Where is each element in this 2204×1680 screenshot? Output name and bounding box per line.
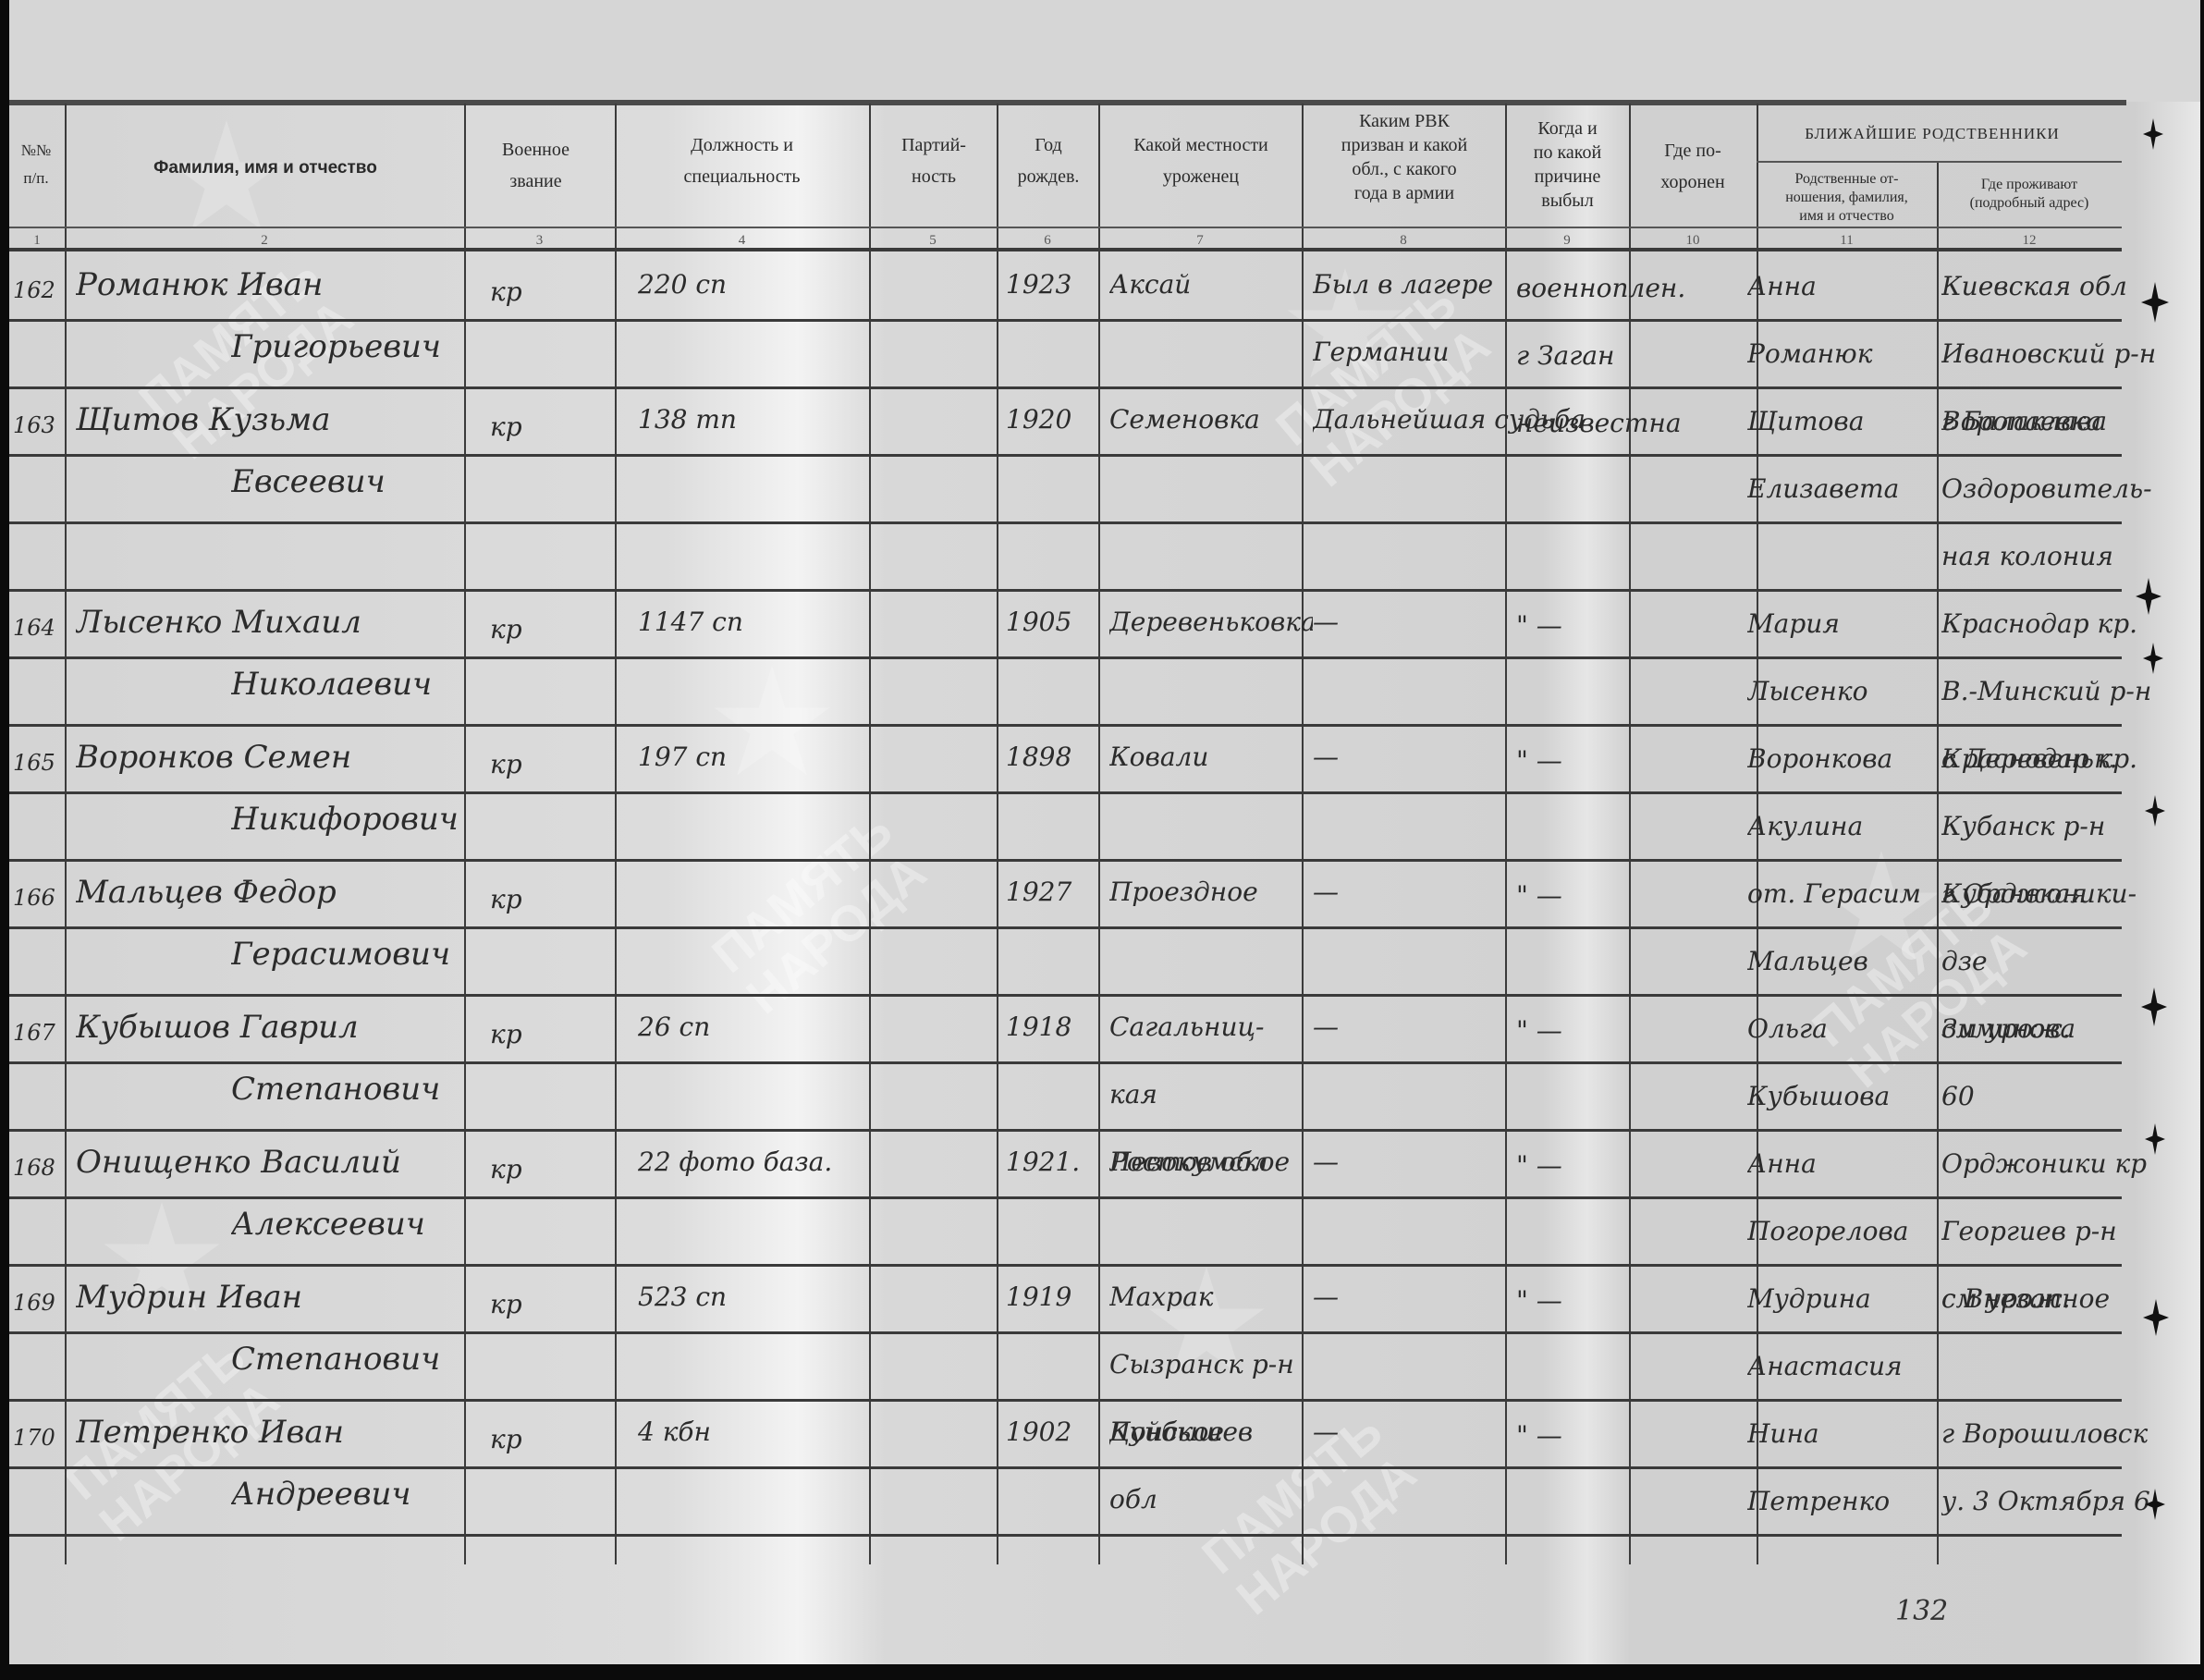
row-number: 169 <box>13 1284 65 1321</box>
person-name: Воронков Семен <box>76 739 464 776</box>
row-number: 165 <box>13 744 65 781</box>
birth-year: 1918 <box>1006 1009 1108 1046</box>
relative-address: Оздоровитель- <box>1941 471 2177 508</box>
relative-name: Мальцев <box>1747 943 1941 980</box>
military-rank: кр <box>490 1151 522 1188</box>
birthplace: Проездное <box>1109 874 1313 911</box>
relative-address: ная колония <box>1941 538 2177 575</box>
relative-name: Ольга <box>1747 1011 1941 1048</box>
military-rank: кр <box>490 746 522 783</box>
row-number: 164 <box>13 609 65 646</box>
relative-address: Георгиев р-н <box>1941 1213 2177 1250</box>
person-patronymic: Андреевич <box>231 1476 471 1513</box>
position: 523 сп <box>638 1279 906 1316</box>
header-col-rvk: Каким РВКпризван и какойобл., с какогого… <box>1302 109 1507 205</box>
row-rule <box>9 994 2122 997</box>
relative-address: Краснодар кр. <box>1941 741 2177 778</box>
header-col-relative: Родственные от-ношения, фамилия,имя и от… <box>1757 170 1937 226</box>
relative-name: Воронкова <box>1747 741 1941 778</box>
person-name: Петренко Иван <box>76 1414 464 1451</box>
relative-address: Ивановский р-н <box>1941 336 2177 373</box>
military-rank: кр <box>490 1286 522 1323</box>
relative-name: Нина <box>1747 1416 1941 1453</box>
row-number: 167 <box>13 1014 65 1051</box>
person-name: Лысенко Михаил <box>76 604 464 641</box>
relatives-group-divider <box>1757 161 2122 163</box>
birthplace: кая <box>1109 1076 1313 1113</box>
punch-hole-icon <box>2143 118 2163 150</box>
column-number: 1 <box>9 233 65 249</box>
birthplace: обл <box>1109 1481 1313 1518</box>
row-rule <box>9 589 2122 592</box>
birth-year: 1920 <box>1006 401 1108 438</box>
header-col-address: Где проживают(подробный адрес) <box>1937 176 2122 213</box>
military-rank: кр <box>490 1421 522 1458</box>
position: 138 тп <box>638 401 906 438</box>
when-left-reason: " — <box>1516 1147 1757 1184</box>
row-rule <box>9 859 2122 862</box>
column-number: 9 <box>1505 233 1629 249</box>
person-patronymic: Евсеевич <box>231 463 471 500</box>
person-name: Мальцев Федор <box>76 874 464 911</box>
birthplace: Сагальниц- <box>1109 1009 1313 1046</box>
relative-address: 60 <box>1941 1078 2177 1115</box>
header-col-buried: Где по-хоронен <box>1629 135 1757 198</box>
when-left-reason: неизвестна <box>1516 405 1757 442</box>
relative-name: Щитова <box>1747 403 1941 440</box>
birth-year: 1923 <box>1006 266 1108 303</box>
column-divider <box>997 104 998 1564</box>
birthplace: Семеновка <box>1109 401 1313 438</box>
header-col-birth-year: Годрождев. <box>997 129 1100 192</box>
birth-year: 1921. <box>1006 1144 1108 1181</box>
row-rule <box>9 386 2122 389</box>
column-number: 7 <box>1098 233 1302 249</box>
column-number: 3 <box>464 233 615 249</box>
birthplace: Аксай <box>1109 266 1313 303</box>
column-number: 10 <box>1629 233 1757 249</box>
row-rule <box>9 1466 2122 1469</box>
when-left-reason: военноплен. <box>1516 270 1757 307</box>
military-rank: кр <box>490 274 522 311</box>
birthplace: Ковали <box>1109 739 1313 776</box>
row-rule <box>9 791 2122 794</box>
header-group-relatives: БЛИЖАЙШИЕ РОДСТВЕННИКИ <box>1757 118 2108 150</box>
birthplace: Левокумское <box>1109 1144 1313 1181</box>
relative-name: Елизавета <box>1747 471 1941 508</box>
header-col-birthplace: Какой местностиуроженец <box>1098 129 1304 192</box>
relative-name: Акулина <box>1747 808 1941 845</box>
row-rule <box>9 724 2122 727</box>
military-rank: кр <box>490 1016 522 1053</box>
row-rule <box>9 1061 2122 1064</box>
relative-address: см урож. <box>1941 1281 2177 1318</box>
relative-address: Краснодар кр. <box>1941 606 2177 643</box>
person-name: Романюк Иван <box>76 266 464 303</box>
punch-hole-icon <box>2143 643 2163 674</box>
row-number: 166 <box>13 879 65 916</box>
birth-year: 1898 <box>1006 739 1108 776</box>
relative-address: см урож. <box>1941 1011 2177 1048</box>
header-divider <box>9 227 2122 228</box>
header-col-name: Фамилия, имя и отчество <box>67 153 464 184</box>
column-number: 6 <box>997 233 1098 249</box>
when-left-reason: " — <box>1516 1417 1757 1454</box>
relative-name: Петренко <box>1747 1483 1941 1520</box>
when-left-reason: " — <box>1516 1012 1757 1049</box>
column-number: 12 <box>1937 233 2122 249</box>
birth-year: 1927 <box>1006 874 1108 911</box>
birth-year: 1902 <box>1006 1414 1108 1451</box>
page-number: 132 <box>1895 1595 1948 1627</box>
when-left-reason: " — <box>1516 742 1757 779</box>
row-rule <box>9 1534 2122 1537</box>
column-divider <box>869 104 871 1564</box>
military-rank: кр <box>490 611 522 648</box>
person-patronymic: Герасимович <box>231 936 471 973</box>
relative-name: Анна <box>1747 1146 1941 1183</box>
column-divider <box>1629 104 1631 1564</box>
column-divider <box>1098 104 1100 1564</box>
birthplace: Донское <box>1109 1414 1313 1451</box>
header-col-number: №№п/п. <box>9 137 63 192</box>
person-patronymic: Николаевич <box>231 666 471 703</box>
relative-name: от. Герасим <box>1747 876 1941 913</box>
relative-address: г Ворошиловск <box>1941 1416 2177 1453</box>
row-number: 168 <box>13 1149 65 1186</box>
row-rule <box>9 1129 2122 1132</box>
when-left-reason: " — <box>1516 607 1757 644</box>
relative-address: В.-Минский р-н <box>1941 673 2177 710</box>
header-col-position: Должность испециальность <box>615 129 869 192</box>
column-divider <box>65 104 67 1564</box>
row-rule <box>9 319 2122 322</box>
relative-name: Романюк <box>1747 336 1941 373</box>
birth-year: 1905 <box>1006 604 1108 641</box>
row-rule <box>9 454 2122 457</box>
row-number: 170 <box>13 1419 65 1456</box>
row-rule <box>9 1399 2122 1402</box>
relative-name: Анна <box>1747 268 1941 305</box>
row-rule <box>9 1264 2122 1267</box>
relative-address: Орджоники кр <box>1941 1146 2177 1183</box>
person-patronymic: Степанович <box>231 1071 471 1108</box>
person-patronymic: Степанович <box>231 1341 471 1378</box>
relative-address: Кубанск р-н <box>1941 808 2177 845</box>
row-rule <box>9 1196 2122 1199</box>
person-patronymic: Никифорович <box>231 801 471 838</box>
birth-year: 1919 <box>1006 1279 1108 1316</box>
header-col-rank: Военноезвание <box>464 134 607 197</box>
birthplace: Сызранск р-н <box>1109 1346 1313 1383</box>
position: 4 кбн <box>638 1414 906 1451</box>
column-divider <box>615 104 617 1564</box>
column-number: 11 <box>1757 233 1937 249</box>
relative-name: Анастасия <box>1747 1348 1941 1385</box>
row-rule <box>9 1331 2122 1334</box>
military-rank: кр <box>490 409 522 446</box>
person-name: Щитов Кузьма <box>76 401 464 438</box>
column-number: 4 <box>615 233 869 249</box>
row-number: 162 <box>13 272 65 309</box>
relative-address: г Балаклава <box>1941 403 2177 440</box>
header-col-when-left: Когда ипо какойпричиневыбыл <box>1505 116 1630 213</box>
person-patronymic: Григорьевич <box>231 328 471 365</box>
column-divider <box>1505 104 1507 1564</box>
relative-address: г Орджоники- <box>1941 876 2177 913</box>
position: 26 сп <box>638 1009 906 1046</box>
watermark-text: ПАМЯТЬНАРОДА <box>703 803 937 1024</box>
position: 1147 сп <box>638 604 906 641</box>
relative-name: Погорелова <box>1747 1213 1941 1250</box>
row-number: 163 <box>13 407 65 444</box>
position: 197 сп <box>638 739 906 776</box>
column-number: 8 <box>1302 233 1505 249</box>
header-col-party: Партий-ность <box>869 129 998 192</box>
column-number: 2 <box>65 233 464 249</box>
position: 220 сп <box>638 266 906 303</box>
military-rank: кр <box>490 881 522 918</box>
relative-address: у. 3 Октября 6 <box>1941 1483 2177 1520</box>
birthplace: Деревеньковка <box>1109 604 1313 641</box>
column-divider <box>1302 104 1304 1564</box>
row-rule <box>9 521 2122 524</box>
relative-name: Лысенко <box>1747 673 1941 710</box>
when-left-reason: г Заган <box>1516 337 1757 374</box>
column-number: 5 <box>869 233 997 249</box>
position: 22 фото база. <box>638 1144 906 1181</box>
relative-address: дзе <box>1941 943 2177 980</box>
person-patronymic: Алексеевич <box>231 1206 471 1243</box>
when-left-reason: " — <box>1516 1282 1757 1319</box>
row-rule <box>9 926 2122 929</box>
relative-name: Мудрина <box>1747 1281 1941 1318</box>
top-margin <box>9 0 2200 102</box>
row-rule <box>9 656 2122 659</box>
document-sheet: ПАМЯТЬНАРОДА ПАМЯТЬНАРОДА ПАМЯТЬНАРОДА П… <box>9 0 2200 1664</box>
person-name: Онищенко Василий <box>76 1144 464 1181</box>
person-name: Мудрин Иван <box>76 1279 464 1316</box>
relative-name: Кубышова <box>1747 1078 1941 1115</box>
when-left-reason: " — <box>1516 877 1757 914</box>
person-name: Кубышов Гаврил <box>76 1009 464 1046</box>
relative-address: Киевская обл <box>1941 268 2177 305</box>
relative-name: Мария <box>1747 606 1941 643</box>
birthplace: Махрак <box>1109 1279 1313 1316</box>
header-top-rule <box>9 100 2126 105</box>
